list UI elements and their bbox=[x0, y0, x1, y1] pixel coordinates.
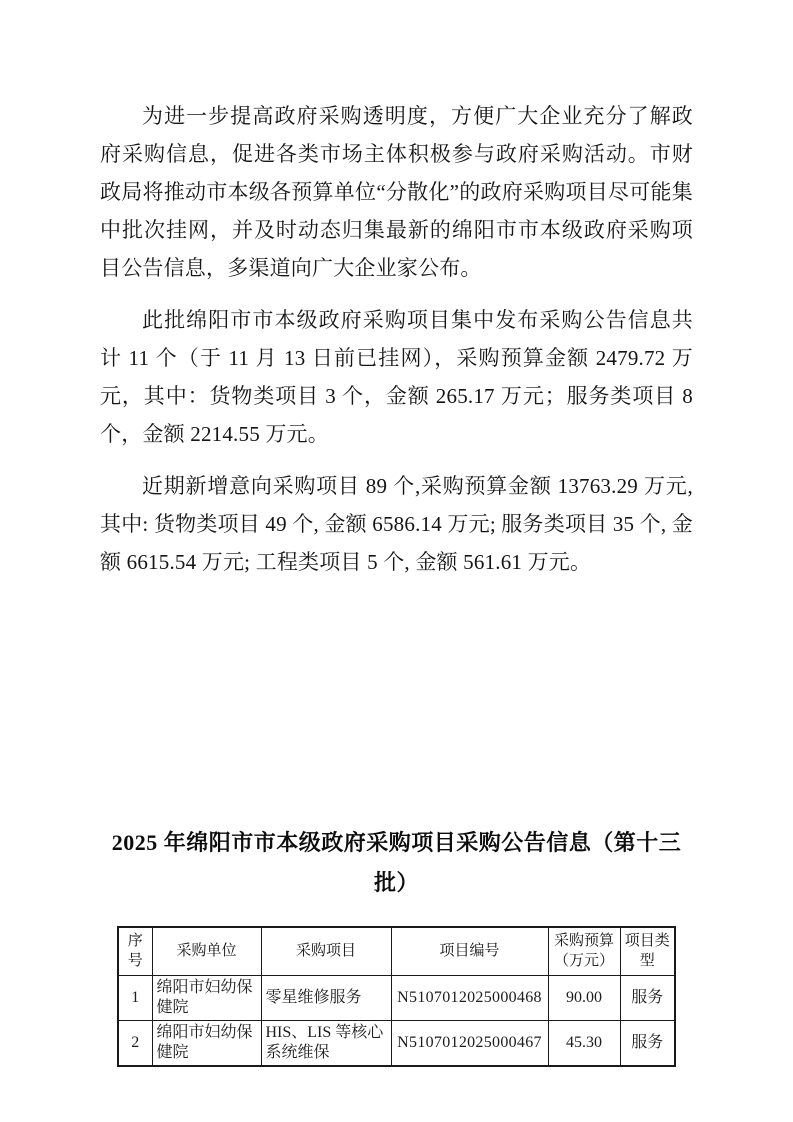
cell-purchasing-unit: 绵阳市妇幼保健院 bbox=[152, 1020, 261, 1066]
col-header-project-type: 项目类型 bbox=[620, 927, 675, 975]
table-row: 1 绵阳市妇幼保健院 零星维修服务 N5107012025000468 90.0… bbox=[118, 975, 675, 1020]
cell-project-number: N5107012025000467 bbox=[391, 1020, 548, 1066]
col-header-project: 采购项目 bbox=[261, 927, 391, 975]
batch-summary-paragraph: 此批绵阳市市本级政府采购项目集中发布采购公告信息共计 11 个（于 11 月 1… bbox=[100, 301, 693, 453]
document-content: 为进一步提高政府采购透明度，方便广大企业充分了解政府采购信息，促进各类市场主体积… bbox=[0, 0, 793, 1067]
new-intent-summary-paragraph: 近期新增意向采购项目 89 个,采购预算金额 13763.29 万元,其中: 货… bbox=[100, 467, 693, 581]
col-header-budget: 采购预算（万元） bbox=[548, 927, 620, 975]
col-header-project-number: 项目编号 bbox=[391, 927, 548, 975]
table-title: 2025 年绵阳市市本级政府采购项目采购公告信息（第十三批） bbox=[100, 823, 693, 903]
table-header-row: 序号 采购单位 采购项目 项目编号 采购预算（万元） 项目类型 bbox=[118, 927, 675, 975]
cell-budget: 90.00 bbox=[548, 975, 620, 1020]
document-page: 为进一步提高政府采购透明度，方便广大企业充分了解政府采购信息，促进各类市场主体积… bbox=[0, 0, 793, 1122]
col-header-seq: 序号 bbox=[118, 927, 152, 975]
cell-seq: 1 bbox=[118, 975, 152, 1020]
cell-project: HIS、LIS 等核心系统维保 bbox=[261, 1020, 391, 1066]
cell-seq: 2 bbox=[118, 1020, 152, 1066]
cell-budget: 45.30 bbox=[548, 1020, 620, 1066]
col-header-purchasing-unit: 采购单位 bbox=[152, 927, 261, 975]
cell-project-number: N5107012025000468 bbox=[391, 975, 548, 1020]
cell-project-type: 服务 bbox=[620, 1020, 675, 1066]
procurement-table: 序号 采购单位 采购项目 项目编号 采购预算（万元） 项目类型 1 绵阳市妇幼保… bbox=[117, 926, 676, 1067]
intro-paragraph: 为进一步提高政府采购透明度，方便广大企业充分了解政府采购信息，促进各类市场主体积… bbox=[100, 97, 693, 287]
table-row: 2 绵阳市妇幼保健院 HIS、LIS 等核心系统维保 N510701202500… bbox=[118, 1020, 675, 1066]
cell-project: 零星维修服务 bbox=[261, 975, 391, 1020]
cell-project-type: 服务 bbox=[620, 975, 675, 1020]
cell-purchasing-unit: 绵阳市妇幼保健院 bbox=[152, 975, 261, 1020]
